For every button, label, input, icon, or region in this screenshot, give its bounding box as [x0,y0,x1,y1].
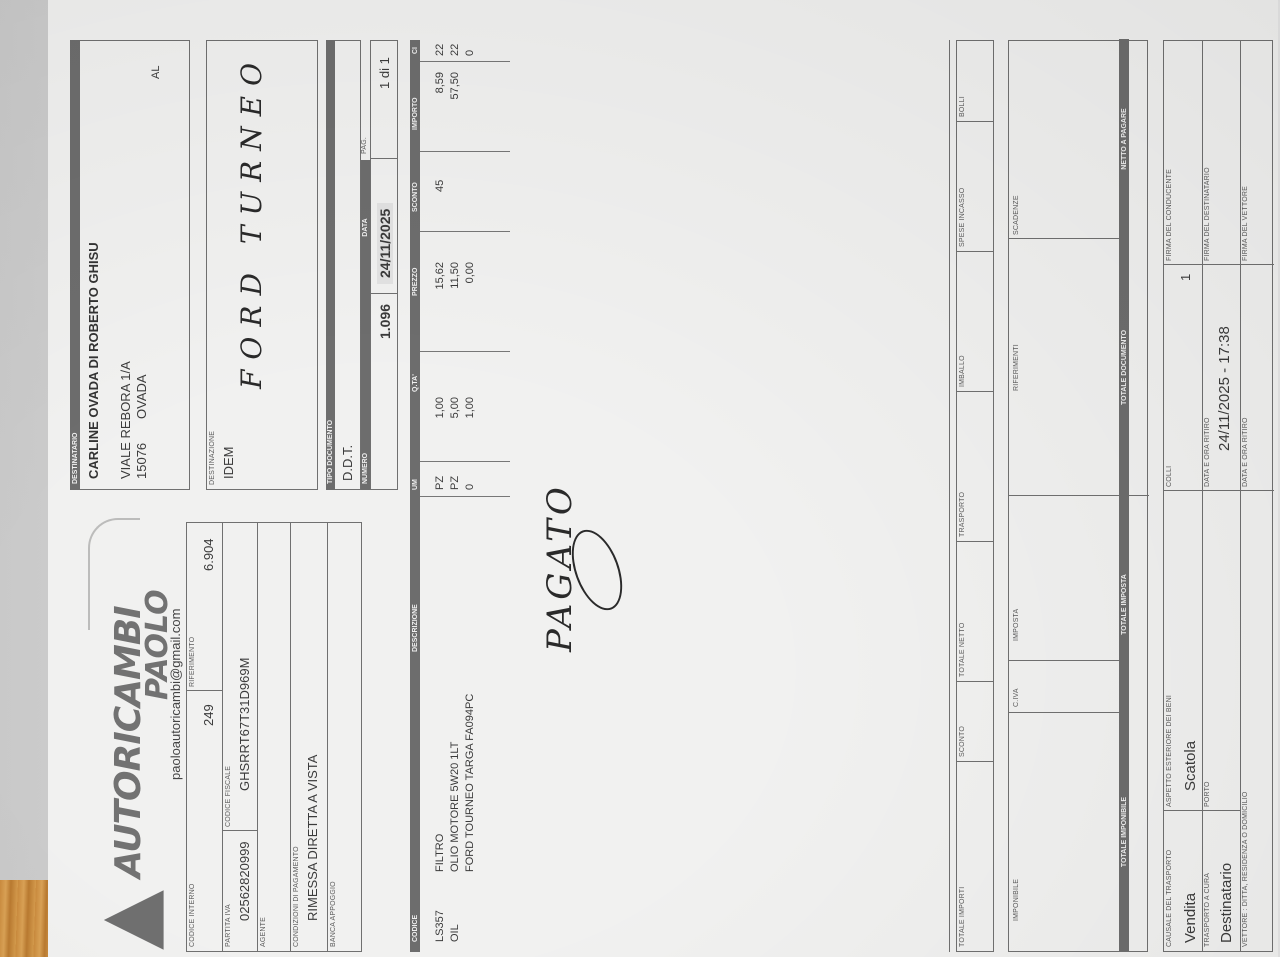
cell-um: PZ [449,476,461,490]
tipo-documento-value: D.D.T. [340,445,355,481]
colli-value: 1 [1178,274,1193,281]
totals-label: TRASPORTO [959,492,966,537]
data-value: 24/11/2025 [377,203,393,284]
col-importo: IMPORTO [412,97,419,130]
totale-imposta-header: TOTALE IMPOSTA [1119,496,1129,713]
cell-codice: LS357 [434,910,446,942]
cell-qta: 5,00 [449,397,461,418]
table-row: OILOLIO MOTORE 5W20 1LTPZ5,0011,5057,502… [449,40,464,952]
cell-descrizione: FILTRO [434,834,446,872]
aspetto-value: Scatola [1182,741,1199,791]
porto-label: PORTO [1204,781,1211,807]
destinatario-header: DESTINATARIO [70,40,80,490]
civa-label: C.IVA [1013,688,1020,707]
netto-a-pagare-header: NETTO A PAGARE [1119,39,1129,239]
col-um: UM [412,479,419,490]
destinazione-label: DESTINAZIONE [209,431,216,485]
table-row: FORD TOURNEO TARGA FA094PC01,000,000 [464,40,479,952]
col-iva: CI [412,47,419,54]
totale-documento-header: TOTALE DOCUMENTO [1119,239,1129,496]
codice-interno-label: CODICE INTERNO [189,884,196,947]
tax-block: IMPONIBILE C.IVA IMPOSTA RIFERIMENTI SCA… [1008,40,1148,952]
aspetto-label: ASPETTO ESTERIORE DEI BENI [1166,695,1173,807]
data-ritiro-label: DATA E ORA RITIRO [1204,417,1211,487]
pag-label: PAG. [361,137,368,154]
cell-prezzo: 0,00 [464,262,476,283]
items-header: CODICE DESCRIZIONE UM Q.TA' PREZZO SCONT… [410,40,420,952]
totale-imponibile-header: TOTALE IMPONIBILE [1119,713,1129,951]
causale-value: Vendita [1182,893,1199,943]
totals-label: TOTALE NETTO [959,622,966,677]
cell-prezzo: 11,50 [449,262,461,289]
condizioni-pagamento-value: RIMESSA DIRETTA A VISTA [305,755,320,921]
recipient-province: AL [150,66,162,79]
recipient-address: VIALE REBORA 1/A [118,361,133,479]
totals-cell: BOLLI [957,39,993,121]
partita-iva-label: PARTITA IVA [225,904,232,947]
numero-value: 1.096 [377,304,393,339]
totals-row: TOTALE IMPORTISCONTOTOTALE NETTOTRASPORT… [956,40,994,952]
totals-cell: TOTALE IMPORTI [957,761,993,951]
totals-cell: SCONTO [957,681,993,761]
totals-cell: TRASPORTO [957,391,993,541]
trasporto-cura-label: TRASPORTO A CURA [1204,873,1211,947]
sender-email: paoloautoricambi@gmail.com [168,609,183,780]
totals-label: BOLLI [959,96,966,117]
totals-cell: IMBALLO [957,251,993,391]
recipient-city: OVADA [134,374,149,419]
totals-cell: TOTALE NETTO [957,541,993,681]
totals-cell: SPESE INCASSO [957,121,993,251]
firma-vettore-label: FIRMA DEL VETTORE [1242,186,1249,261]
riferimento-label: RIFERIMENTO [189,637,196,687]
cell-importo: 57,50 [449,72,461,100]
codice-fiscale-value: GHSRRT67T31D969M [237,658,252,791]
numero-header: NUMERO [361,295,370,490]
imponibile-label: IMPONIBILE [1013,879,1020,921]
cell-iva: 22 [434,44,446,56]
partita-iva-value: 02562820999 [237,841,252,921]
cell-iva: 0 [464,50,476,56]
imposta-label: IMPOSTA [1013,609,1020,641]
cell-codice: OIL [449,924,461,942]
cell-sconto: 45 [434,180,446,192]
recipient-cap: 15076 [134,443,149,479]
tipo-documento-box: D.D.T. [335,40,361,490]
sender-info-grid: CODICE INTERNO 249 RIFERIMENTO 6.904 PAR… [186,522,362,952]
destinazione-value: IDEM [221,447,236,480]
logo-car-graphic [88,518,140,630]
cell-um: PZ [434,476,446,490]
recipient-name: CARLINE OVADA DI ROBERTO GHISU [86,242,101,479]
cell-qta: 1,00 [464,397,476,418]
colli-label: COLLI [1166,466,1173,487]
firma-destinatario-label: FIRMA DEL DESTINATARIO [1204,167,1211,261]
col-prezzo: PREZZO [412,268,419,296]
cell-prezzo: 15,62 [434,262,446,290]
totals-label: TOTALE IMPORTI [959,887,966,947]
data-header: DATA [361,160,370,295]
recipient-box: CARLINE OVADA DI ROBERTO GHISU VIALE REB… [80,40,190,490]
col-sconto: SCONTO [412,182,419,212]
col-codice: CODICE [412,915,419,942]
codice-interno-value: 249 [201,704,216,726]
totals-label: IMBALLO [959,355,966,387]
riferimenti-label: RIFERIMENTI [1013,344,1020,391]
scadenze-label: SCADENZE [1013,195,1020,235]
cell-um: 0 [464,484,476,490]
agente-label: AGENTE [260,917,267,947]
causale-label: CAUSALE DEL TRASPORTO [1166,850,1173,947]
data-ritiro2-label: DATA E ORA RITIRO [1242,417,1249,487]
col-descrizione: DESCRIZIONE [412,604,419,652]
col-qta: Q.TA' [412,374,419,392]
cell-descrizione: FORD TOURNEO TARGA FA094PC [464,694,476,872]
cell-descrizione: OLIO MOTORE 5W20 1LT [449,742,461,872]
trasporto-cura-value: Destinatario [1218,863,1235,943]
items-table: CODICE DESCRIZIONE UM Q.TA' PREZZO SCONT… [410,40,950,952]
numero-data-box: 1.096 24/11/2025 1 di 1 [370,40,398,490]
codice-fiscale-label: CODICE FISCALE [225,766,232,827]
totals-label: SCONTO [959,726,966,757]
pag-value: 1 di 1 [377,57,392,89]
cell-importo: 8,59 [434,72,446,93]
vettore-label: VETTORE : DITTA, RESIDENZA O DOMICILIO [1242,791,1249,947]
banca-label: BANCA APPOGGIO [330,881,337,947]
data-ritiro-value: 24/11/2025 - 17:38 [1216,326,1233,451]
firma-conducente-label: FIRMA DEL CONDUCENTE [1166,169,1173,261]
condizioni-pagamento-label: CONDIZIONI DI PAGAMENTO [293,846,300,947]
cell-iva: 22 [449,44,461,56]
table-row: LS357FILTROPZ1,0015,62458,5922 [434,40,449,952]
transport-block: CAUSALE DEL TRASPORTO Vendita ASPETTO ES… [1163,40,1273,952]
tipo-documento-header: TIPO DOCUMENTO [326,40,335,490]
destinazione-box: DESTINAZIONE IDEM FORD TURNEO [206,40,318,490]
riferimento-value: 6.904 [201,538,216,571]
handwritten-note: FORD TURNEO [235,53,268,389]
ddt-document-sheet: ▲ AUTORICAMBI PAOLO paoloautoricambi@gma… [48,0,1278,957]
totals-label: SPESE INCASSO [959,188,966,247]
cell-qta: 1,00 [434,397,446,418]
